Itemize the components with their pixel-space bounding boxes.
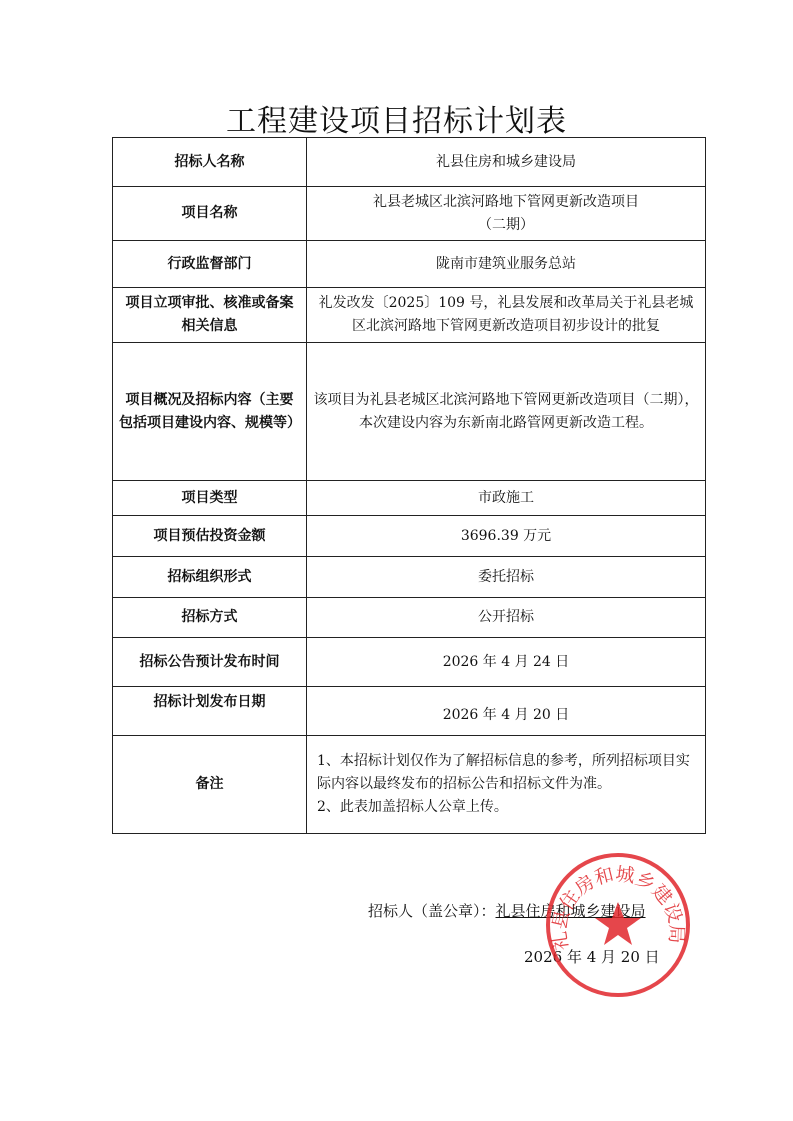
row-label: 行政监督部门 (113, 241, 307, 288)
table-row: 招标公告预计发布时间 2026 年 4 月 24 日 (113, 638, 706, 687)
remarks-value: 1、本招标计划仅作为了解招标信息的参考，所列招标项目实际内容以最终发布的招标公告… (307, 736, 706, 834)
row-value: 市政施工 (307, 481, 706, 516)
table-row: 招标人名称 礼县住房和城乡建设局 (113, 138, 706, 187)
row-label: 项目预估投资金额 (113, 516, 307, 557)
row-label: 招标组织形式 (113, 557, 307, 598)
table-row: 项目名称 礼县老城区北滨河路地下管网更新改造项目 （二期） (113, 187, 706, 241)
row-value: 礼县老城区北滨河路地下管网更新改造项目 （二期） (307, 187, 706, 241)
document-title: 工程建设项目招标计划表 (0, 96, 793, 140)
official-seal-icon: 礼县住房和城乡建设局 (543, 850, 693, 1000)
table-row: 备注 1、本招标计划仅作为了解招标信息的参考，所列招标项目实际内容以最终发布的招… (113, 736, 706, 834)
row-label: 招标计划发布日期 (113, 687, 307, 736)
row-label: 项目立项审批、核准或备案相关信息 (113, 288, 307, 343)
row-value: 公开招标 (307, 598, 706, 638)
table-row: 项目概况及招标内容（主要包括项目建设内容、规模等） 该项目为礼县老城区北滨河路地… (113, 343, 706, 481)
row-value: 礼县住房和城乡建设局 (307, 138, 706, 187)
table-row: 招标计划发布日期 2026 年 4 月 20 日 (113, 687, 706, 736)
table-row: 项目类型 市政施工 (113, 481, 706, 516)
table-row: 招标方式 公开招标 (113, 598, 706, 638)
row-label: 备注 (113, 736, 307, 834)
row-label: 项目名称 (113, 187, 307, 241)
row-label: 招标人名称 (113, 138, 307, 187)
row-label: 招标公告预计发布时间 (113, 638, 307, 687)
table-row: 行政监督部门 陇南市建筑业服务总站 (113, 241, 706, 288)
signature-label: 招标人（盖公章）： (368, 902, 496, 920)
table-row: 招标组织形式 委托招标 (113, 557, 706, 598)
row-label: 项目概况及招标内容（主要包括项目建设内容、规模等） (113, 343, 307, 481)
row-value: 委托招标 (307, 557, 706, 598)
row-value: 2026 年 4 月 20 日 (307, 687, 706, 736)
row-value: 陇南市建筑业服务总站 (307, 241, 706, 288)
bid-plan-table: 招标人名称 礼县住房和城乡建设局 项目名称 礼县老城区北滨河路地下管网更新改造项… (112, 137, 706, 834)
table-row: 项目预估投资金额 3696.39 万元 (113, 516, 706, 557)
row-value: 2026 年 4 月 24 日 (307, 638, 706, 687)
row-label: 招标方式 (113, 598, 307, 638)
row-label: 项目类型 (113, 481, 307, 516)
row-value: 3696.39 万元 (307, 516, 706, 557)
row-value: 礼发改发〔2025〕109 号，礼县发展和改革局关于礼县老城区北滨河路地下管网更… (307, 288, 706, 343)
row-value: 该项目为礼县老城区北滨河路地下管网更新改造项目（二期），本次建设内容为东新南北路… (307, 343, 706, 481)
table-row: 项目立项审批、核准或备案相关信息 礼发改发〔2025〕109 号，礼县发展和改革… (113, 288, 706, 343)
